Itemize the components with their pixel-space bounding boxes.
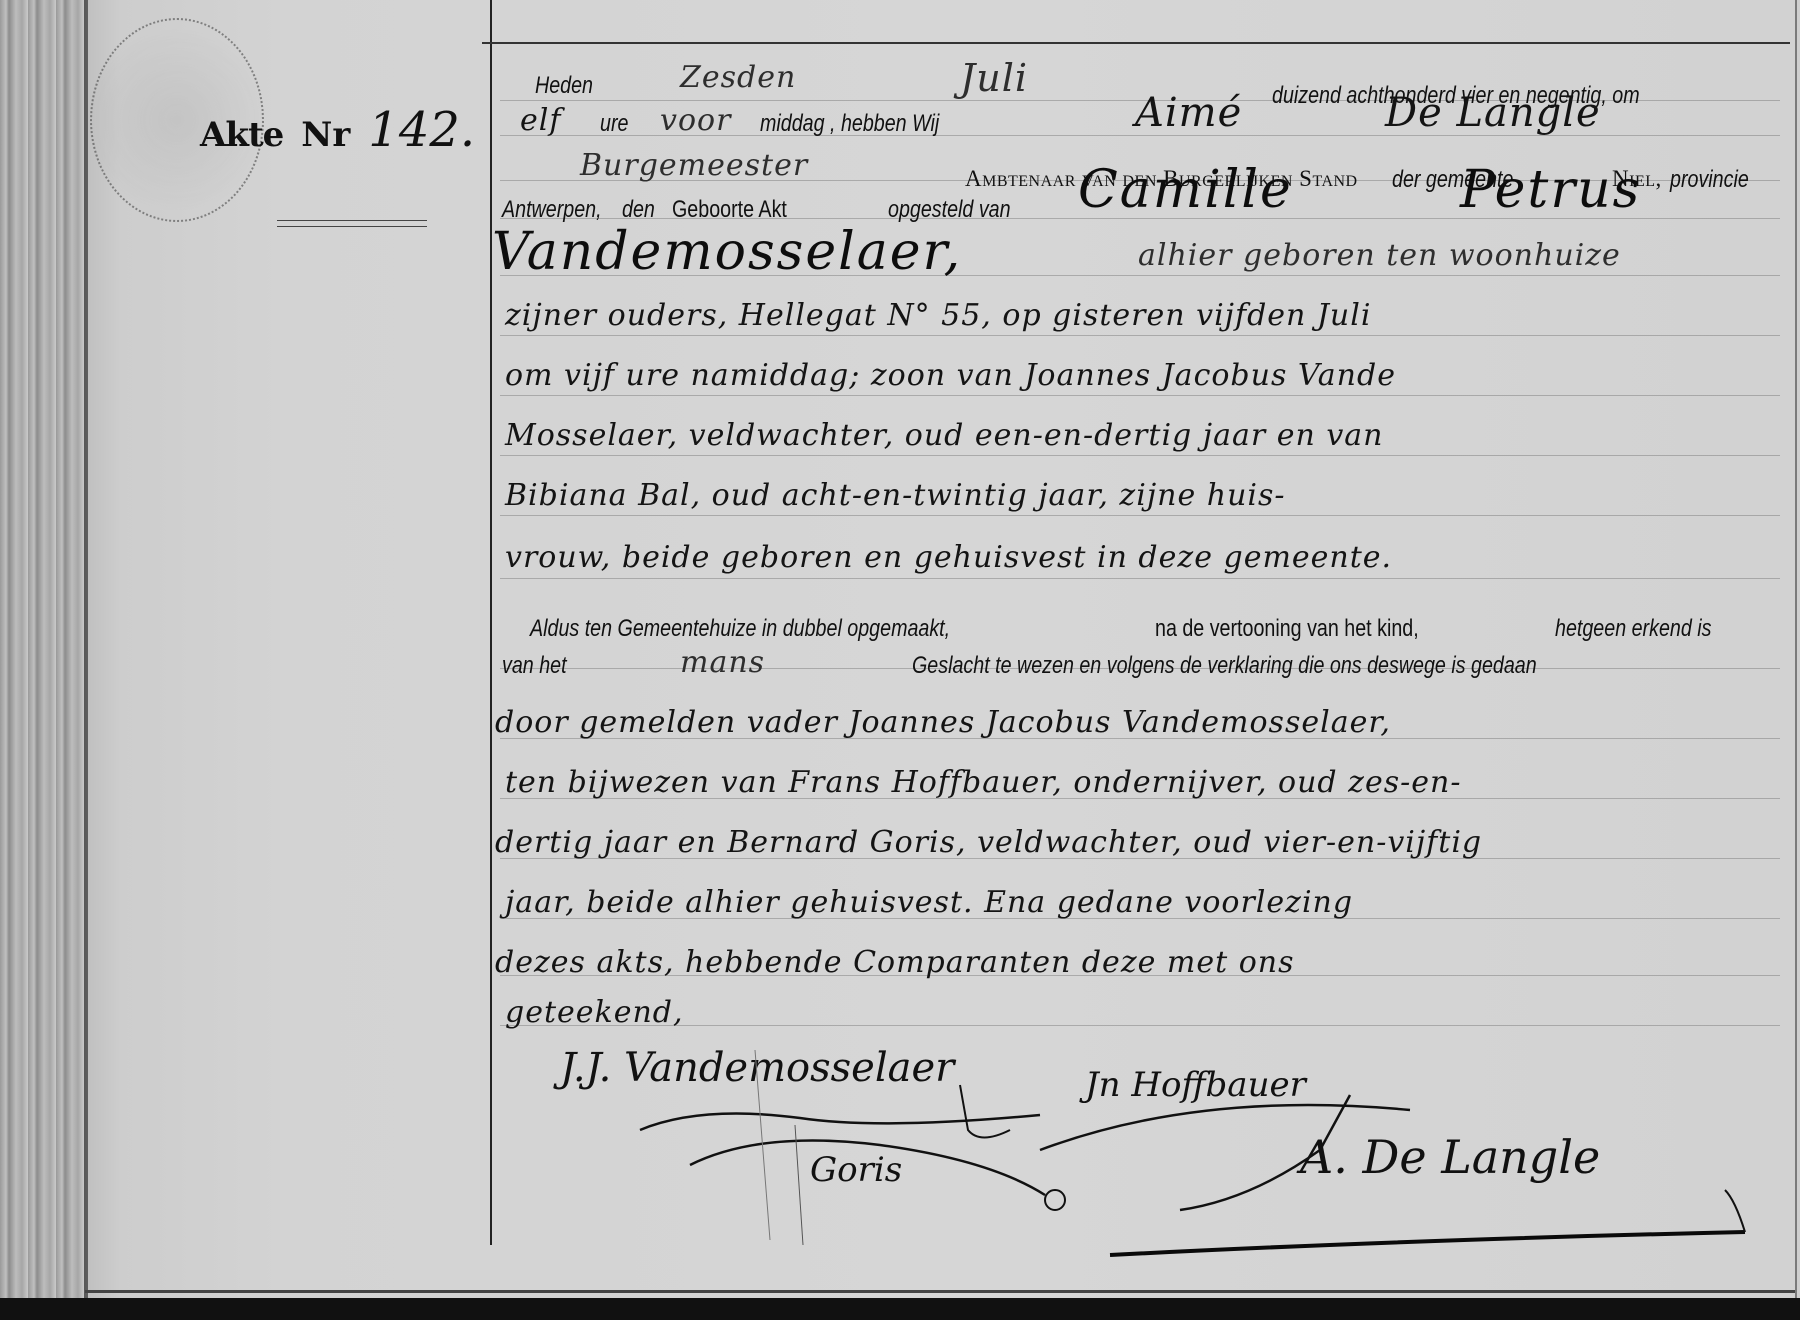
ink-flourishes [0,0,1800,1320]
